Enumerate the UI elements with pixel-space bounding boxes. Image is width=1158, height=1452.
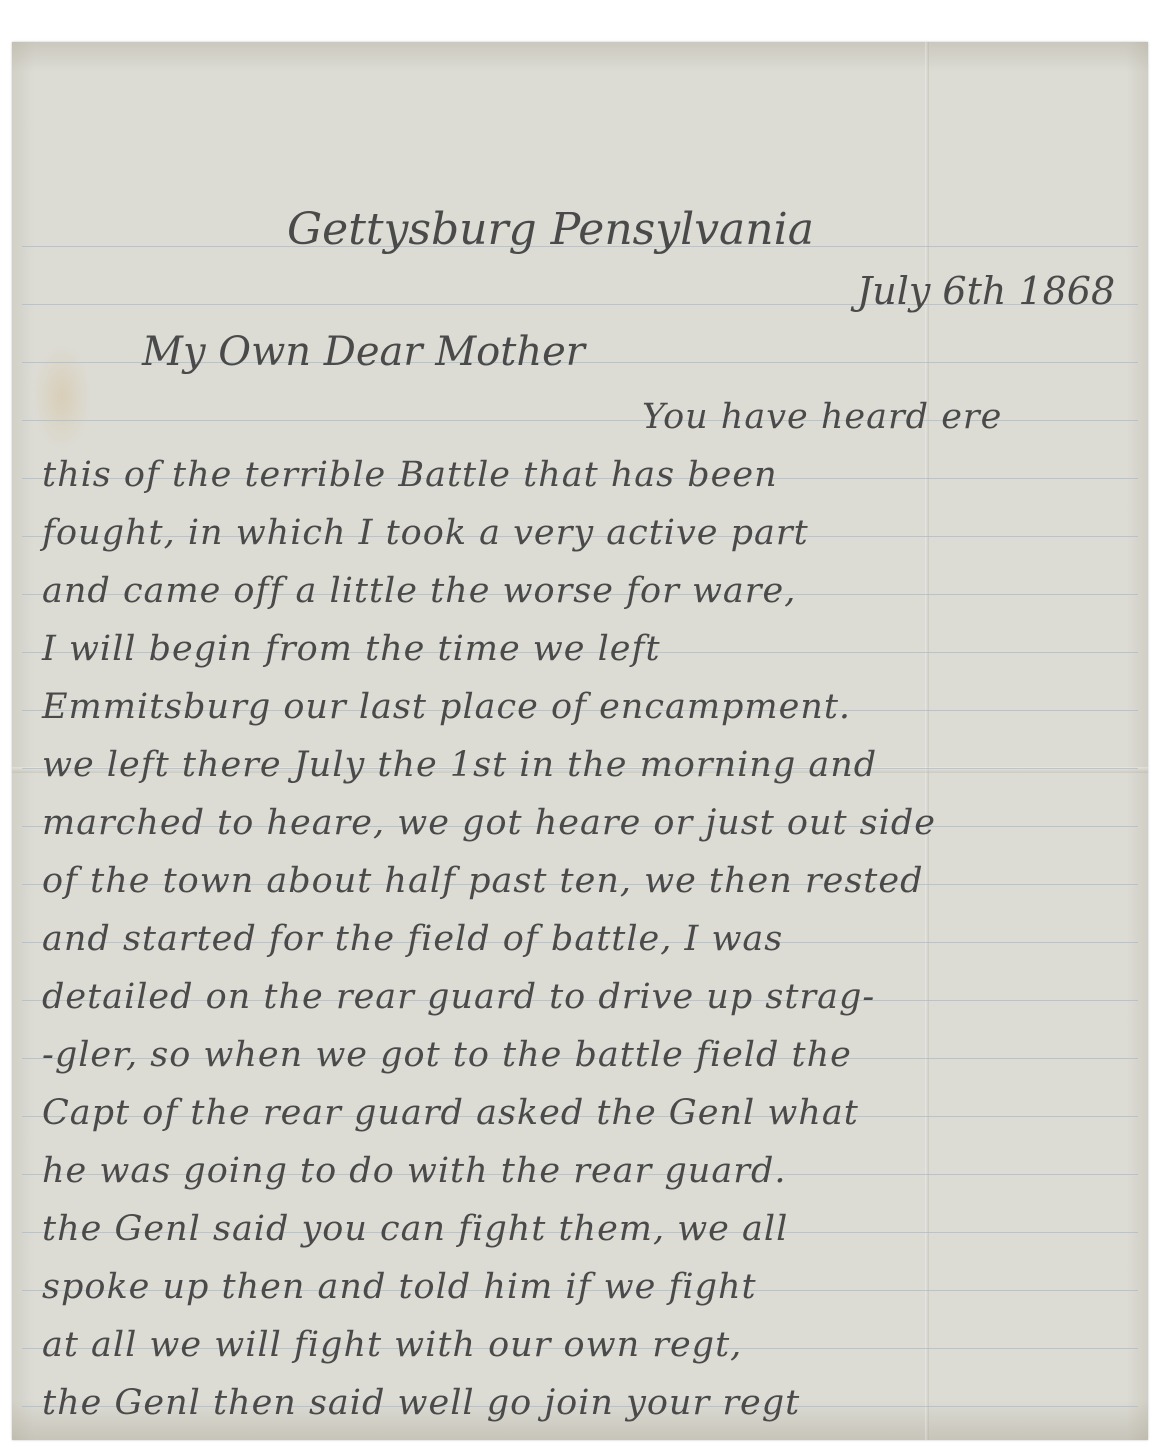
letter-line: and started for the field of battle, I w… [42,922,1148,957]
letter-line: marched to heare, we got heare or just o… [42,806,1148,841]
letter-line: detailed on the rear guard to drive up s… [42,980,1148,1015]
letter-date: July 6th 1868 [857,272,1148,310]
letter-line: the Genl said you can fight them, we all [42,1212,1148,1247]
letter-line: he was going to do with the rear guard. [42,1154,1148,1189]
letter-salutation: My Own Dear Mother [142,332,1148,372]
letter-line: the Genl then said well go join your reg… [42,1386,1148,1421]
letter-line: this of the terrible Battle that has bee… [42,458,1148,493]
letter-line: I will begin from the time we left [42,632,1148,667]
letter-page: Gettysburg Pensylvania July 6th 1868 My … [12,42,1148,1440]
letter-line: Emmitsburg our last place of encampment. [42,690,1148,725]
letter-line: and came off a little the worse for ware… [42,574,1148,609]
letter-line: at all we will fight with our own regt, [42,1328,1148,1363]
letter-line: You have heard ere [642,400,1148,435]
letter-line: spoke up then and told him if we fight [42,1270,1148,1305]
letter-line: Capt of the rear guard asked the Genl wh… [42,1096,1148,1131]
paper-stain [32,342,92,452]
letter-line: fought, in which I took a very active pa… [42,516,1148,551]
letter-line: -gler, so when we got to the battle fiel… [42,1038,1148,1073]
letter-line: we left there July the 1st in the mornin… [42,748,1148,783]
letter-line: of the town about half past ten, we then… [42,864,1148,899]
letter-heading-place: Gettysburg Pensylvania [287,208,1148,252]
